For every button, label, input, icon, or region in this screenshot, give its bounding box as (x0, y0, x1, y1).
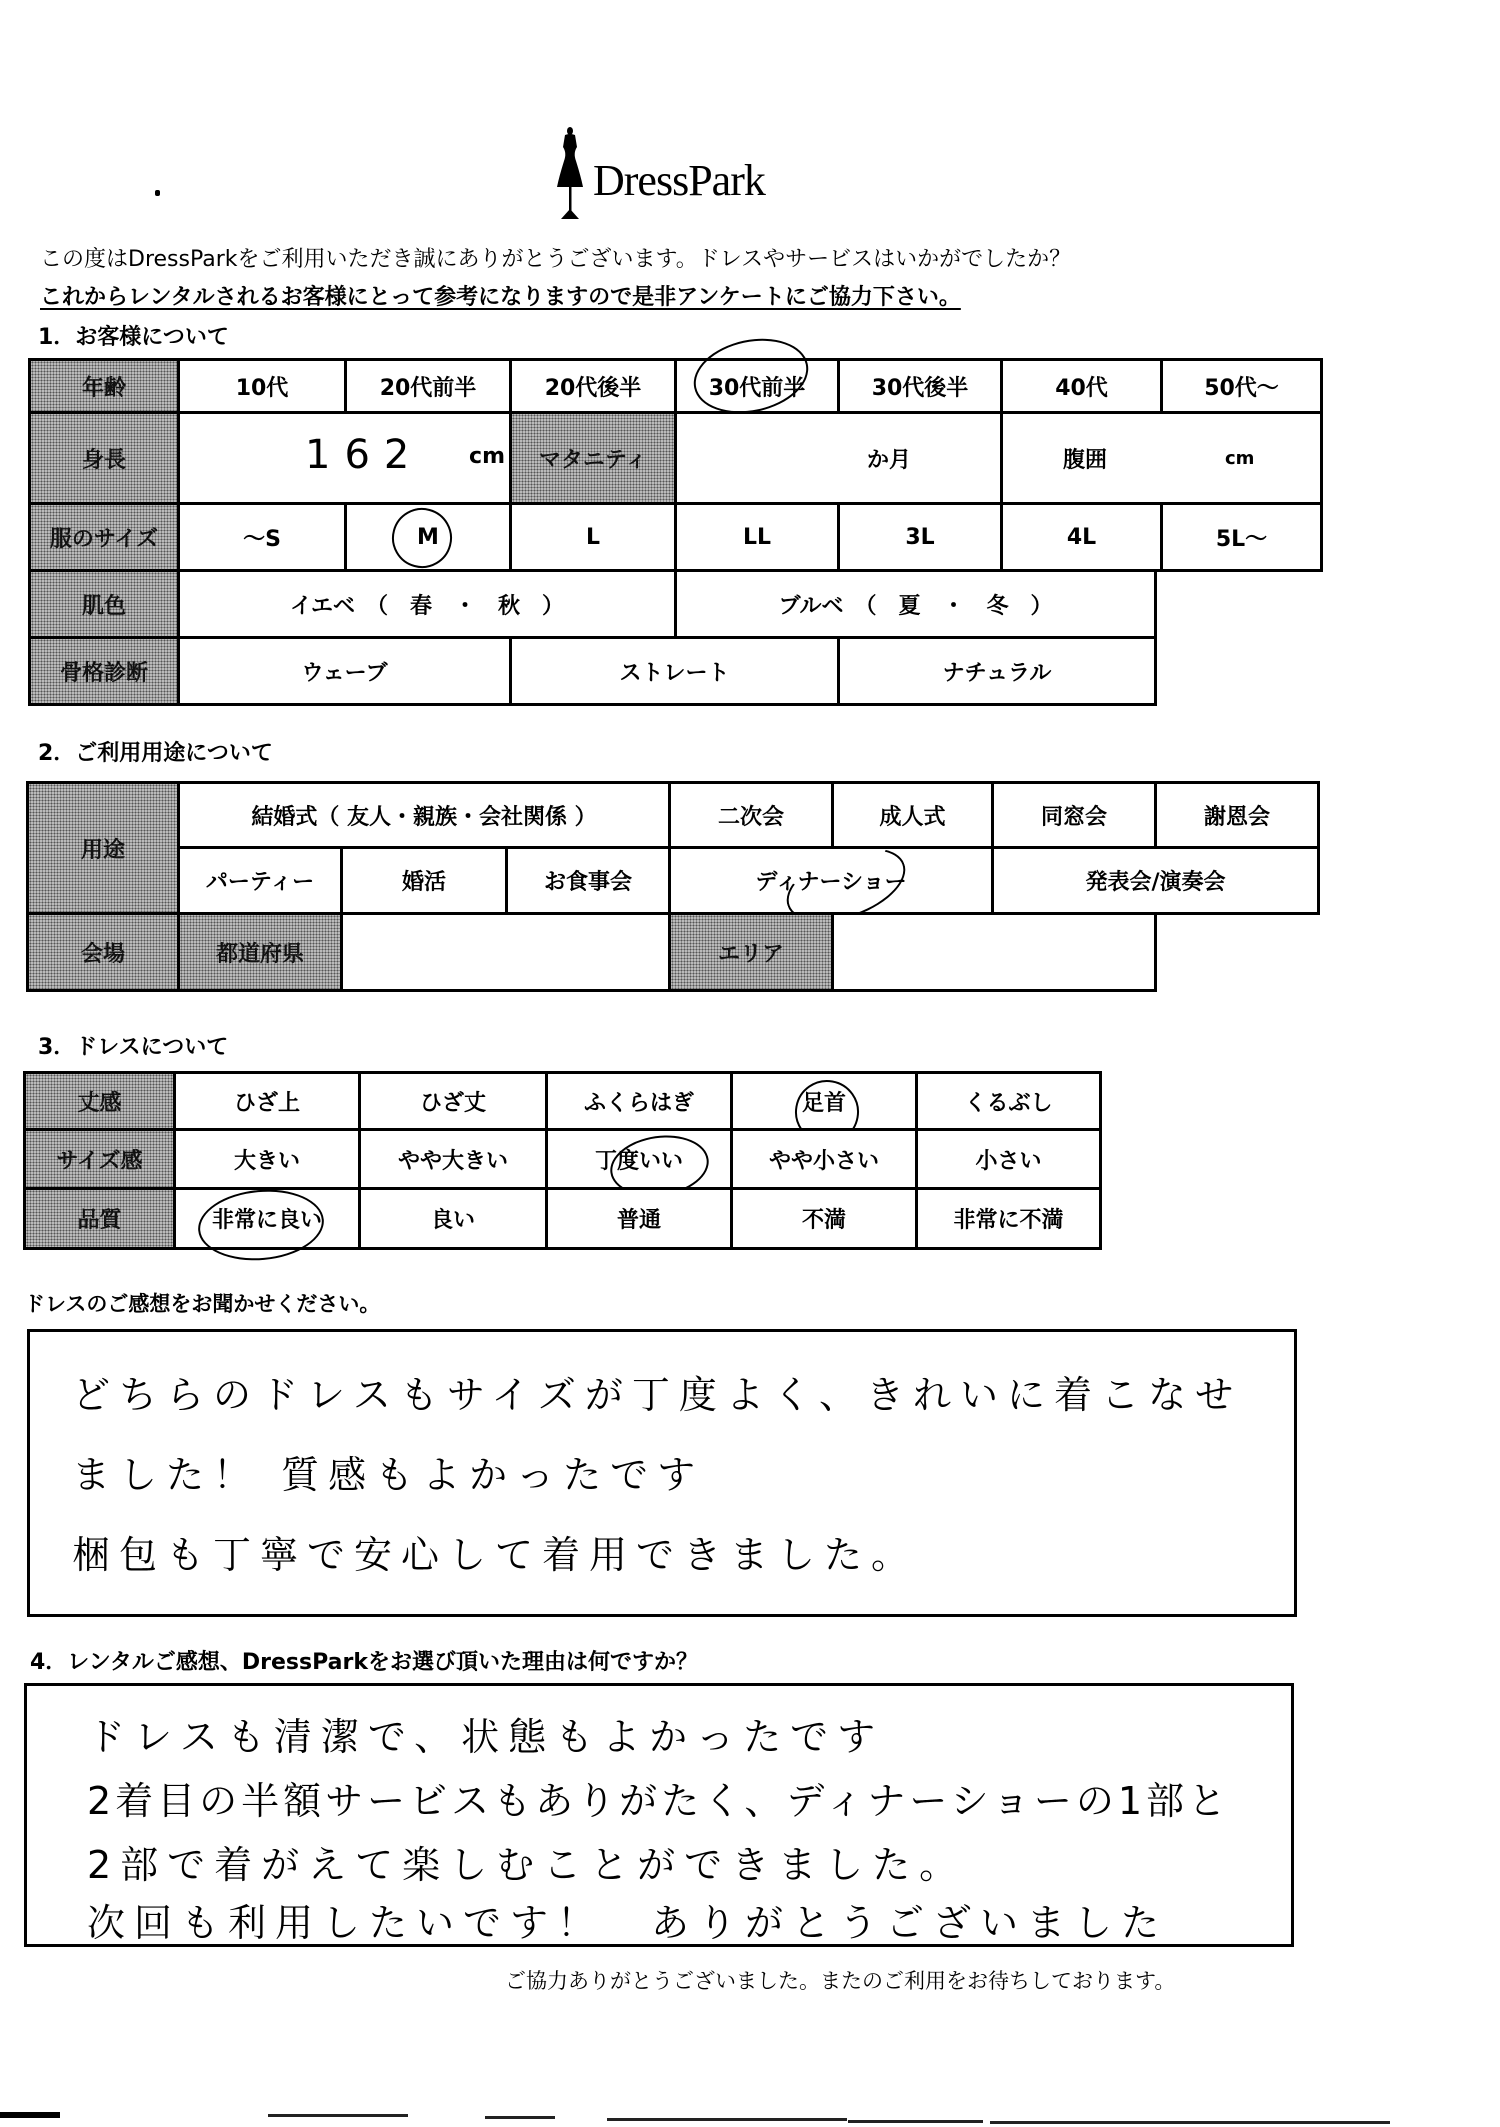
logo: DressPark (553, 125, 793, 221)
scan-artifact (485, 2116, 555, 2119)
area-header: エリア (668, 912, 834, 992)
section1-title: 1．お客様について (38, 320, 229, 351)
skeleton-header: 骨格診断 (28, 636, 180, 706)
belly-label: 腹囲 (1063, 443, 1107, 474)
purpose-dinner[interactable]: お食事会 (505, 846, 671, 915)
age-header: 年齢 (28, 358, 180, 414)
length-option-knee[interactable]: ひざ丈 (358, 1071, 548, 1131)
purpose-after-party[interactable]: 二次会 (668, 781, 834, 849)
scan-artifact (607, 2118, 847, 2121)
belly-unit: cm (1225, 448, 1254, 469)
dress-comment-label: ドレスのご感想をお聞かせください。 (24, 1288, 380, 1318)
intro-line-1: この度はDressParkをご利用いただき誠にありがとうございます。ドレスやサー… (40, 242, 1071, 273)
belly-field[interactable]: 腹囲 cm (1000, 411, 1323, 505)
prefecture-header: 都道府県 (177, 912, 343, 992)
size-option-3l[interactable]: 3L (837, 502, 1003, 572)
fit-option-large[interactable]: 大きい (173, 1128, 361, 1190)
age-option-late20s[interactable]: 20代後半 (509, 358, 677, 414)
size-option-s[interactable]: ～S (177, 502, 347, 572)
section4-title: 4．レンタルご感想、DressParkをお選び頂いた理由は何ですか？ (30, 1645, 698, 1676)
length-option-above-knee[interactable]: ひざ上 (173, 1071, 361, 1131)
fit-option-small[interactable]: 小さい (915, 1128, 1102, 1190)
scan-artifact (990, 2121, 1390, 2124)
size-option-5l[interactable]: 5L～ (1160, 502, 1323, 572)
dress-comment-line: どちらのドレスもサイズが丁度よく、きれいに着こなせ (72, 1364, 1242, 1419)
age-option-early30s[interactable]: 30代前半 (674, 358, 840, 414)
quality-option-excellent[interactable]: 非常に良い (173, 1187, 361, 1250)
skin-option-blue-base[interactable]: ブルベ （ 夏 ・ 冬 ） (674, 569, 1157, 639)
height-header: 身長 (28, 411, 180, 505)
skeleton-option-natural[interactable]: ナチュラル (837, 636, 1157, 706)
purpose-recital[interactable]: 発表会/演奏会 (991, 846, 1320, 915)
age-option-40s[interactable]: 40代 (1000, 358, 1163, 414)
scan-artifact (0, 2112, 60, 2118)
size-option-m[interactable]: M (344, 502, 512, 572)
feedback-line: 2着目の半額サービスもありがたく、ディナーショーの1部と (87, 1770, 1230, 1825)
length-header: 丈感 (23, 1071, 176, 1131)
age-option-10s[interactable]: 10代 (177, 358, 347, 414)
length-option-calf[interactable]: ふくらはぎ (545, 1071, 733, 1131)
footer-thanks: ご協力ありがとうございました。またのご利用をお待ちしております。 (505, 1965, 1175, 1995)
brand-name: DressPark (593, 155, 765, 206)
dress-comment-line: 梱包も丁寧で安心して着用できました。 (72, 1524, 918, 1579)
skeleton-option-wave[interactable]: ウェーブ (177, 636, 512, 706)
height-field[interactable]: 162 cm (177, 411, 512, 505)
intro-line-2: これからレンタルされるお客様にとって参考になりますので是非アンケートにご協力下さ… (40, 280, 961, 311)
quality-option-poor[interactable]: 不満 (730, 1187, 918, 1250)
purpose-party[interactable]: パーティー (177, 846, 343, 915)
size-option-4l[interactable]: 4L (1000, 502, 1163, 572)
maternity-months-field[interactable]: か月 (674, 411, 1003, 505)
skin-header: 肌色 (28, 569, 180, 639)
section2-title: 2．ご利用用途について (38, 736, 273, 767)
age-option-late30s[interactable]: 30代後半 (837, 358, 1003, 414)
fit-header: サイズ感 (23, 1128, 176, 1190)
scan-speck (155, 190, 160, 196)
height-value: 162 (305, 432, 423, 478)
maternity-months-unit: か月 (867, 443, 911, 474)
fit-option-slightly-small[interactable]: やや小さい (730, 1128, 918, 1190)
fit-option-slightly-large[interactable]: やや大きい (358, 1128, 548, 1190)
size-option-l[interactable]: L (509, 502, 677, 572)
scan-artifact (268, 2114, 408, 2117)
scan-artifact (848, 2120, 983, 2123)
skeleton-option-straight[interactable]: ストレート (509, 636, 840, 706)
height-unit: cm (469, 444, 505, 469)
feedback-line: 2部で着がえて楽しむことができました。 (87, 1834, 966, 1889)
dress-comment-line: ました！ 質感もよかったです (72, 1444, 704, 1499)
quality-header: 品質 (23, 1187, 176, 1250)
purpose-wedding[interactable]: 結婚式（ 友人・親族・会社関係 ） (177, 781, 671, 849)
purpose-header: 用途 (26, 781, 180, 915)
venue-header: 会場 (26, 912, 180, 992)
age-option-early20s[interactable]: 20代前半 (344, 358, 512, 414)
purpose-dinner-show[interactable]: ディナーショー (668, 846, 994, 915)
purpose-thank-you-party[interactable]: 謝恩会 (1154, 781, 1320, 849)
length-option-below-ankle[interactable]: くるぶし (915, 1071, 1102, 1131)
age-option-50s[interactable]: 50代～ (1160, 358, 1323, 414)
area-field[interactable] (831, 912, 1157, 992)
feedback-line: ドレスも清潔で、状態もよかったです (87, 1706, 884, 1761)
quality-option-good[interactable]: 良い (358, 1187, 548, 1250)
purpose-reunion[interactable]: 同窓会 (991, 781, 1157, 849)
purpose-coming-of-age[interactable]: 成人式 (831, 781, 994, 849)
feedback-line: 次回も利用したいです！ ありがとうございました (87, 1892, 1168, 1947)
prefecture-field[interactable] (340, 912, 671, 992)
dress-comment-box[interactable]: どちらのドレスもサイズが丁度よく、きれいに着こなせ ました！ 質感もよかったです… (27, 1329, 1297, 1617)
rental-feedback-box[interactable]: ドレスも清潔で、状態もよかったです 2着目の半額サービスもありがたく、ディナーシ… (24, 1683, 1294, 1947)
size-option-ll[interactable]: LL (674, 502, 840, 572)
purpose-konkatsu[interactable]: 婚活 (340, 846, 508, 915)
section3-title: 3．ドレスについて (38, 1030, 228, 1061)
skin-option-yellow-base[interactable]: イエベ （ 春 ・ 秋 ） (177, 569, 677, 639)
size-header: 服のサイズ (28, 502, 180, 572)
fit-option-just-right[interactable]: 丁度いい (545, 1128, 733, 1190)
quality-option-very-poor[interactable]: 非常に不満 (915, 1187, 1102, 1250)
maternity-header: マタニティ (509, 411, 677, 505)
quality-option-average[interactable]: 普通 (545, 1187, 733, 1250)
length-option-ankle[interactable]: 足首 (730, 1071, 918, 1131)
mannequin-icon (553, 125, 587, 221)
